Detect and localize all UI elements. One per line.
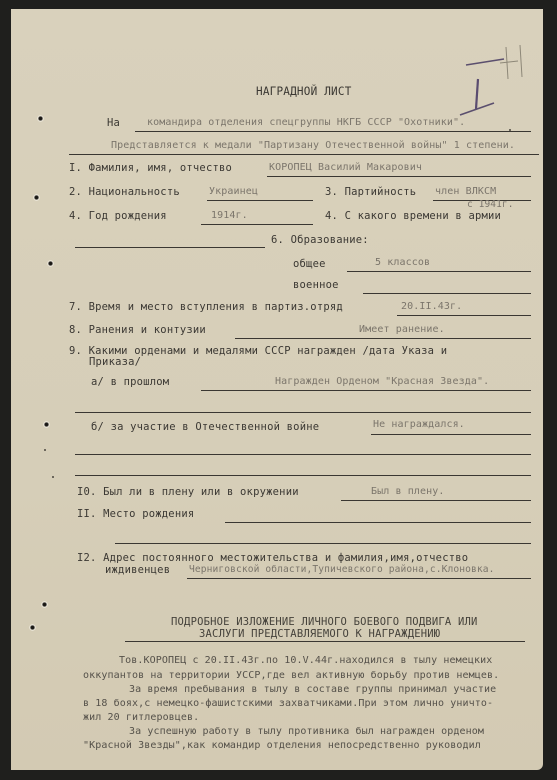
underline: [115, 543, 531, 544]
underline: [341, 500, 531, 501]
field-awards-past-label: а/ в прошлом: [91, 376, 169, 389]
speck: [52, 476, 54, 478]
field-nationality-value: Украинец: [209, 186, 258, 197]
underline: [75, 247, 265, 248]
field-awards-label-cont: Приказа/: [89, 356, 141, 369]
punch-hole: [47, 260, 54, 267]
field-joined-value: 20.II.43г.: [401, 301, 462, 312]
field-address-label: I2. Адрес постоянного местожительства и …: [77, 552, 468, 565]
speck: [44, 449, 46, 451]
punch-hole: [43, 421, 50, 428]
field-address-label-cont: иждивенцев: [105, 564, 170, 577]
field-captivity-value: Был в плену.: [371, 486, 444, 497]
underline: [225, 522, 531, 523]
narrative-line: в 18 боях,с немецко-фашистскими захватчи…: [83, 698, 493, 709]
underline: [135, 131, 531, 132]
underline: [75, 454, 531, 455]
underline: [363, 293, 531, 294]
field-birthplace-label: II. Место рождения: [77, 508, 194, 521]
field-education-label: 6. Образование:: [271, 234, 369, 247]
punch-hole: [33, 194, 40, 201]
underline: [267, 176, 531, 177]
field-party-value: член ВЛКСМ: [435, 186, 496, 197]
field-party-since-value: с 1941г.: [467, 199, 514, 210]
section-heading: ПОДРОБНОЕ ИЗЛОЖЕНИЕ ЛИЧНОГО БОЕВОГО ПОДВ…: [171, 616, 478, 629]
field-full-name-value: КОРОПЕЦ Василий Макарович: [269, 162, 422, 173]
field-awards-war-label: б/ за участие в Отечественной войне: [91, 421, 319, 434]
section-heading-cont: ЗАСЛУГИ ПРЕДСТАВЛЯЕМОГО К НАГРАЖДЕНИЮ: [199, 628, 440, 641]
narrative-line: "Красной Звезды",как командир отделения …: [83, 740, 481, 751]
field-captivity-label: I0. Был ли в плену или в окружении: [77, 486, 299, 499]
narrative-line: жил 20 гитлеровцев.: [83, 712, 199, 723]
field-army-since-label: 4. С какого времени в армии: [325, 210, 501, 223]
page-title: НАГРАДНОЙ ЛИСТ: [256, 85, 352, 99]
narrative-line: оккупантов на территории УССР,где вел ак…: [83, 670, 499, 681]
field-wounds-label: 8. Ранения и контузии: [69, 324, 206, 337]
field-birth-year-label: 4. Год рождения: [69, 210, 167, 223]
underline: [207, 200, 313, 201]
narrative-line: За успешную работу в тылу противника был…: [129, 726, 484, 737]
punch-hole: [41, 601, 48, 608]
punch-hole: [37, 115, 44, 122]
field-nationality-label: 2. Национальность: [69, 186, 180, 199]
underline: [69, 154, 539, 155]
on-label: На: [107, 117, 120, 130]
field-birth-year-value: 1914г.: [211, 210, 248, 221]
handwritten-number: [456, 39, 546, 119]
field-awards-past-value: Награжден Орденом "Красная Звезда".: [275, 376, 489, 387]
underline: [235, 338, 531, 339]
section-underline: [125, 641, 525, 642]
field-awards-war-value: Не награждался.: [373, 419, 465, 430]
field-education-military-label: военное: [293, 279, 339, 292]
underline: [397, 315, 531, 316]
field-full-name-label: I. Фамилия, имя, отчество: [69, 162, 232, 175]
field-education-general-label: общее: [293, 258, 326, 271]
field-joined-label: 7. Время и место вступления в партиз.отр…: [69, 301, 343, 314]
underline: [75, 412, 531, 413]
narrative-line: Тов.КОРОПЕЦ с 20.II.43г.по 10.V.44г.нахо…: [119, 655, 492, 666]
field-wounds-value: Имеет ранение.: [359, 324, 445, 335]
underline: [75, 475, 531, 476]
nominee-position-value: командира отделения спецгруппы НКГБ СССР…: [147, 117, 465, 128]
underline: [201, 224, 313, 225]
narrative-line: За время пребывания в тылу в составе гру…: [129, 684, 496, 695]
field-party-label: 3. Партийность: [325, 186, 416, 199]
award-sheet-page: НАГРАДНОЙ ЛИСТ На командира отделения сп…: [11, 9, 543, 770]
underline: [201, 390, 531, 391]
underline: [187, 578, 531, 579]
field-education-general-value: 5 классов: [375, 257, 430, 268]
presented-for-value: Представляется к медали "Партизану Отече…: [111, 140, 515, 151]
punch-hole: [29, 624, 36, 631]
underline: [347, 271, 531, 272]
field-address-value: Черниговской области,Тупичевского района…: [189, 564, 495, 575]
underline: [371, 434, 531, 435]
